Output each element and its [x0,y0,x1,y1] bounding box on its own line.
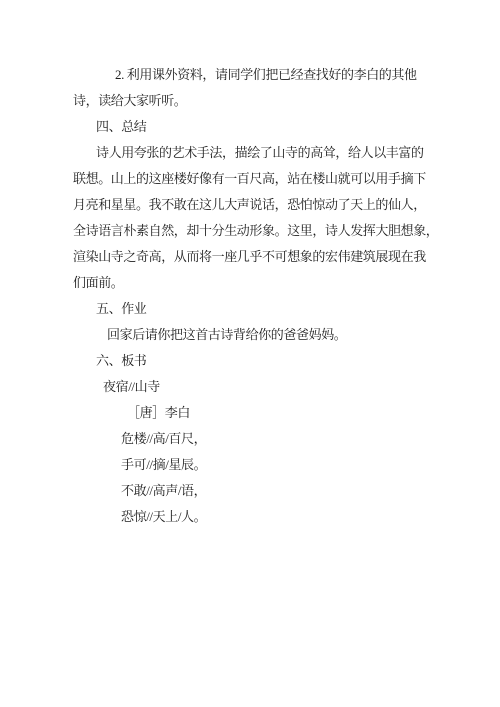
document-body: 2. 利用课外资料，请同学们把已经查找好的李白的其他 诗，读给大家听听。 四、总… [73,62,443,530]
board-poem-verse-2: 手可//摘/星辰。 [73,452,443,478]
board-poem-verse-3: 不敢//高声/语， [73,478,443,504]
heading-board-notes: 六、板书 [73,348,443,374]
para-summary-line-3: 月亮和星星。我不敢在这儿大声说话，恐怕惊动了天上的仙人， [73,192,443,218]
para-extra-materials-line-1: 2. 利用课外资料，请同学们把已经查找好的李白的其他 [73,62,443,88]
para-homework: 回家后请你把这首古诗背给你的爸爸妈妈。 [73,322,443,348]
para-summary-line-5: 渲染山寺之奇高，从而将一座几乎不可想象的宏伟建筑展现在我 [73,244,443,270]
board-poem-author: ［唐］李白 [73,400,443,426]
heading-homework: 五、作业 [73,296,443,322]
para-summary-line-4: 全诗语言朴素自然，却十分生动形象。这里，诗人发挥大胆想象， [73,218,443,244]
board-poem-verse-4: 恐惊//天上/人。 [73,504,443,530]
para-summary-line-2: 联想。山上的这座楼好像有一百尺高，站在楼山就可以用手摘下 [73,166,443,192]
para-summary-line-6: 们面前。 [73,270,443,296]
board-poem-title: 夜宿//山寺 [73,374,443,400]
para-extra-materials-line-2: 诗，读给大家听听。 [73,88,443,114]
board-poem-verse-1: 危楼//高/百尺， [73,426,443,452]
heading-summary: 四、总结 [73,114,443,140]
para-summary-line-1: 诗人用夸张的艺术手法，描绘了山寺的高耸，给人以丰富的 [73,140,443,166]
document-page: 2. 利用课外资料，请同学们把已经查找好的李白的其他 诗，读给大家听听。 四、总… [0,0,500,707]
